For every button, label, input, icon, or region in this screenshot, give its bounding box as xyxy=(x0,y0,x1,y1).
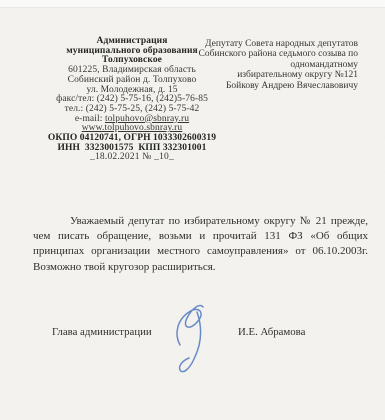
scan-edge-artifact xyxy=(0,0,385,8)
recipient-line: Депутату Совета народных депутатов xyxy=(183,39,358,49)
recipient-line: Собинского района седьмого созыва по xyxy=(183,49,358,59)
handwritten-signature-icon xyxy=(169,301,215,379)
signer-name: И.Е. Абрамова xyxy=(238,326,305,338)
letter-date-number-line: _18.02.2021 № _10_ xyxy=(26,153,238,163)
email-label: e-mail: xyxy=(75,114,105,124)
recipient-name-line: Бойкову Андрею Вячеславовичу xyxy=(183,81,358,91)
signer-position-title: Глава администрации xyxy=(52,326,152,338)
recipient-block: Депутату Совета народных депутатов Собин… xyxy=(183,39,358,91)
recipient-line: одномандатному xyxy=(183,60,358,70)
letter-body-paragraph: Уважаемый депутат по избирательному окру… xyxy=(33,214,368,275)
scanned-letter-page: Администрация муниципального образования… xyxy=(0,0,385,420)
recipient-line: избирательному округу №121 xyxy=(183,70,358,80)
email-address: tolpuhovo@sbnray.ru xyxy=(105,114,189,124)
